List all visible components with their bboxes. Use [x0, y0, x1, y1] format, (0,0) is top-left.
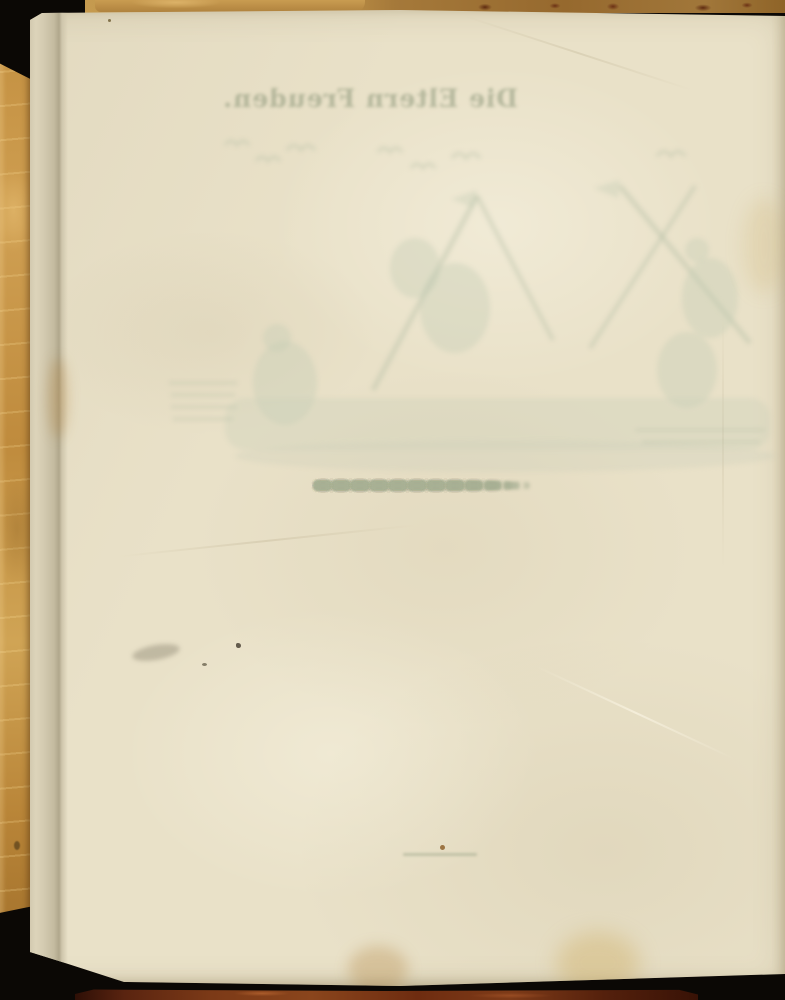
water-stain [556, 932, 640, 994]
endpaper-strip [0, 55, 34, 918]
leather-cover-edge [75, 989, 698, 1000]
show-through-title: Die Eltern Freuden. [286, 84, 518, 118]
show-through-illustration [140, 128, 780, 508]
show-through-text-line [315, 482, 411, 489]
bird-shape [657, 152, 685, 157]
ink-speck [108, 19, 111, 22]
figure-blob [657, 332, 717, 408]
water-stain [743, 198, 785, 293]
page-gutter [28, 10, 68, 988]
bird-shape [225, 141, 315, 161]
ink-speck [236, 643, 241, 648]
foxing-fleck [440, 845, 445, 850]
paper-crease [464, 15, 693, 91]
figure-blob [685, 238, 709, 262]
flag-shape [451, 190, 477, 208]
endpaper-speck [14, 841, 20, 850]
figure-blob [682, 258, 738, 338]
blank-verso-page: Die Eltern Freuden. [28, 10, 785, 988]
bird-shape [378, 148, 480, 168]
boat-shadow [235, 440, 775, 472]
ink-speck [202, 663, 207, 666]
paper-crease [117, 524, 416, 557]
show-through-divider [403, 853, 477, 856]
paper-crease [536, 666, 736, 761]
water-stain [348, 946, 408, 992]
figure-blob [390, 238, 440, 298]
gutter-stain [48, 358, 68, 438]
stacked-page-edges-corner [95, 0, 365, 12]
pencil-smudge [131, 641, 181, 664]
flag-shape [594, 180, 620, 198]
book-scan: Die Eltern Freuden. [0, 0, 785, 1000]
